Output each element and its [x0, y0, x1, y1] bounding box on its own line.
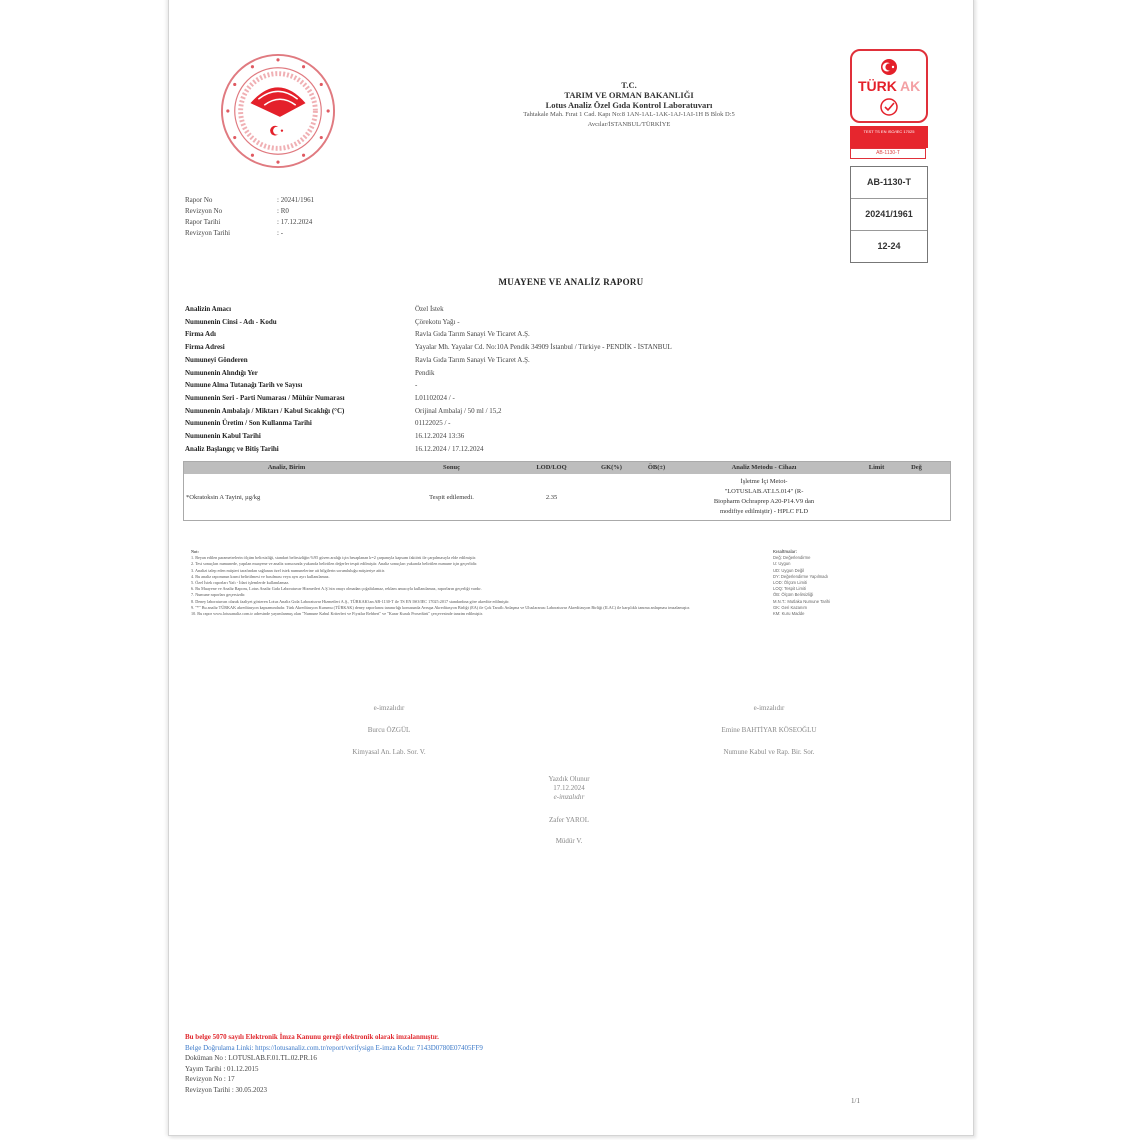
col-limit: Limit — [849, 462, 904, 474]
doc-number: Doküman No : LOTUSLAB.F.01.TL.02.PR.16 — [185, 1053, 483, 1064]
col-result: Sonuç — [389, 462, 514, 474]
col-ob: ÖB(±) — [634, 462, 679, 474]
header-address-1: Tahtakale Mah. Fırat 1 Cad. Kapı No:8 1A… — [409, 110, 849, 120]
info-row: Numune Alma Tutanağı Tarih ve Sayısı- — [185, 379, 672, 392]
col-lod-loq: LOD/LOQ — [514, 462, 589, 474]
header-lab-name: Lotus Analiz Özel Gıda Kontrol Laboratuv… — [409, 100, 849, 110]
meta-row: Revizyon No: R0 — [185, 206, 314, 217]
report-title: MUAYENE VE ANALİZ RAPORU — [169, 277, 973, 287]
header-ministry: TARIM VE ORMAN BAKANLIĞI — [409, 90, 849, 100]
info-row: Numuneyi GönderenRavla Gıda Tarım Sanayi… — [185, 354, 672, 367]
signature-left: e-imzalıdır Burcu ÖZGÜL Kimyasal An. Lab… — [299, 697, 479, 763]
turkak-standard-label: TEST TS EN ISO/IEC 17025 — [850, 126, 928, 148]
ministry-seal-icon — [219, 52, 337, 170]
table-header: Analiz, Birim Sonuç LOD/LOQ GK(%) ÖB(±) … — [184, 462, 950, 474]
info-row: Numunenin Seri - Parti Numarası / Mühür … — [185, 392, 672, 405]
abbreviation-item: KM: Kuru Madde — [773, 611, 830, 617]
col-analysis: Analiz, Birim — [184, 462, 389, 474]
info-row: Numunenin Ambalajı / Miktarı / Kabul Sıc… — [185, 405, 672, 418]
col-method: Analiz Metodu - Cihazı — [679, 462, 849, 474]
table-row: *Okratoksin A Tayini, µg/kg Tespit edile… — [184, 474, 950, 520]
svg-text:TÜRK: TÜRK — [858, 78, 897, 94]
note-item: 10. Bu rapor www.lotusanaliz.com.tr adre… — [191, 611, 751, 617]
analysis-table: Analiz, Birim Sonuç LOD/LOQ GK(%) ÖB(±) … — [183, 461, 951, 521]
info-row: Numunenin Kabul Tarihi16.12.2024 13:36 — [185, 430, 672, 443]
info-row: Numunenin Cinsi - Adı - KoduÇörekotu Yağ… — [185, 316, 672, 329]
report-meta: Rapor No: 20241/1961 Revizyon No: R0 Rap… — [185, 195, 314, 239]
page-number: 1/1 — [851, 1097, 860, 1105]
meta-row: Rapor No: 20241/1961 — [185, 195, 314, 206]
header-address-2: Avcılar/İSTANBUL/TÜRKİYE — [409, 120, 849, 130]
info-row: Numunenin Alındığı YerPendik — [185, 367, 672, 380]
turkak-badge: TÜRK AK — [850, 49, 928, 123]
verification-link[interactable]: Belge Doğrulama Linki: https://lotusanal… — [185, 1043, 483, 1054]
turkak-emblem-icon: TÜRK AK — [852, 51, 926, 121]
info-row: Firma AdresiYayalar Mh. Yayalar Cd. No:1… — [185, 341, 672, 354]
turkak-code: AB-1130-T — [850, 148, 926, 159]
abbreviations: Kısaltmalar: Değ: DeğerlendirmeU: UygunU… — [773, 549, 830, 617]
info-row: Analiz Başlangıç ve Bitiş Tarihi16.12.20… — [185, 443, 672, 456]
report-number-box: 20241/1961 — [851, 199, 927, 231]
esign-notice: Bu belge 5070 sayılı Elektronik İmza Kan… — [185, 1032, 483, 1043]
col-gk: GK(%) — [589, 462, 634, 474]
info-row: Analizin AmacıÖzel İstek — [185, 303, 672, 316]
col-evaluation: Değ — [904, 462, 929, 474]
lab-header: T.C. TARIM VE ORMAN BAKANLIĞI Lotus Anal… — [409, 80, 849, 130]
meta-row: Rapor Tarihi: 17.12.2024 — [185, 217, 314, 228]
header-tc: T.C. — [409, 80, 849, 90]
meta-row: Revizyon Tarihi: - — [185, 228, 314, 239]
info-row: Firma AdıRavla Gıda Tarım Sanayi Ve Tica… — [185, 328, 672, 341]
notes: Not: 1. Beyan edilen parametrelerin ölçü… — [191, 549, 751, 617]
report-date-box: 12-24 — [851, 231, 927, 262]
sample-info: Analizin AmacıÖzel İstekNumunenin Cinsi … — [185, 303, 672, 455]
accreditation-number: AB-1130-T — [851, 167, 927, 199]
document-footer: Bu belge 5070 sayılı Elektronik İmza Kan… — [185, 1032, 483, 1095]
revision-date: Revizyon Tarihi : 30.05.2023 — [185, 1085, 483, 1096]
turkak-accreditation-logo: TÜRK AK TEST TS EN ISO/IEC 17025 AB-1130… — [850, 49, 928, 159]
info-row: Numunenin Üretim / Son Kullanma Tarihi01… — [185, 417, 672, 430]
svg-text:AK: AK — [900, 78, 920, 94]
abbreviation-item: M.N.T.: Mutlaka Numune Tarihi — [773, 599, 830, 605]
publish-date: Yayım Tarihi : 01.12.2015 — [185, 1064, 483, 1075]
signature-right: e-imzalıdır Emine BAHTİYAR KÖSEOĞLU Numu… — [679, 697, 859, 763]
revision-number: Revizyon No : 17 — [185, 1074, 483, 1085]
report-page: T.C. TARIM VE ORMAN BAKANLIĞI Lotus Anal… — [168, 0, 974, 1136]
signature-center: Yazdık Olunur 17.12.2024 e-imzalıdır Zaf… — [499, 775, 639, 846]
accreditation-id-box: AB-1130-T 20241/1961 12-24 — [850, 166, 928, 263]
method-cell: İşletme İçi Metot- "LOTUSLAB.AT.L5.014" … — [679, 477, 849, 517]
